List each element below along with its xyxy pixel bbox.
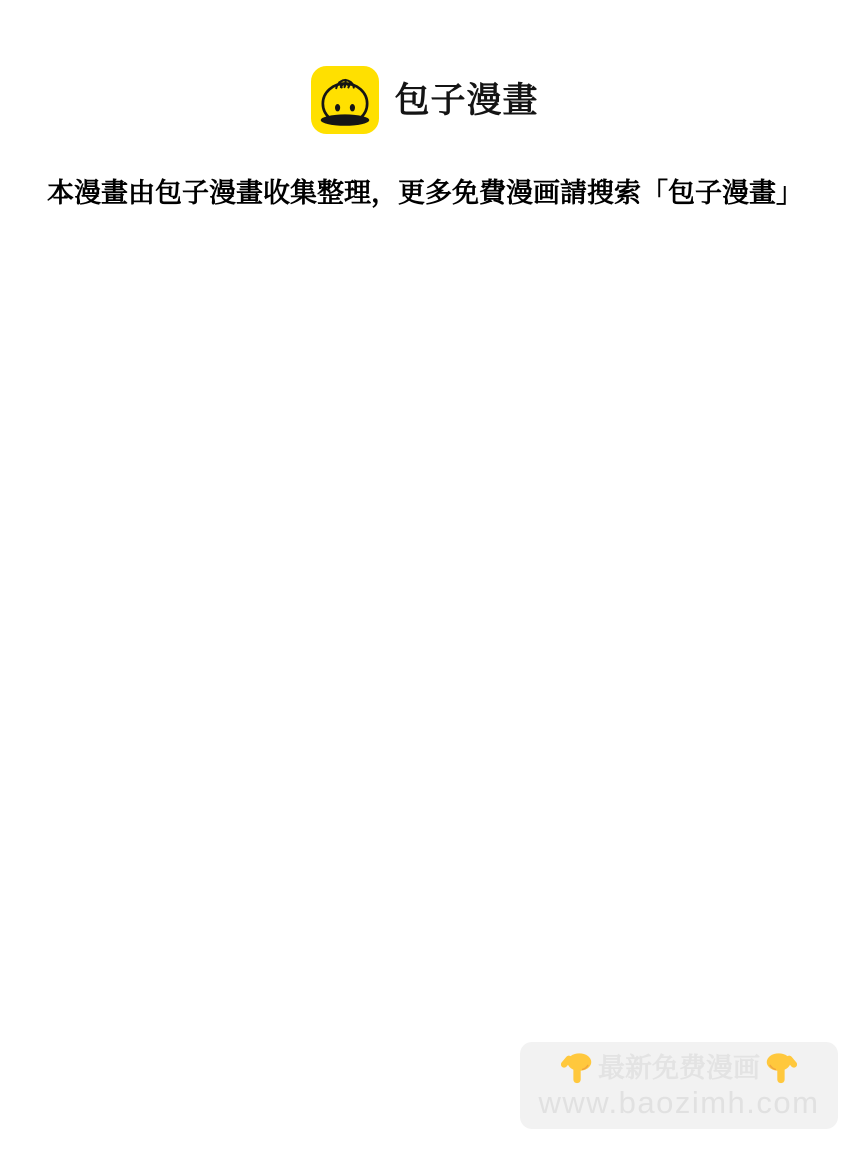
watermark-url: www.baozimh.com [539,1085,820,1120]
baozi-bun-icon [311,66,379,134]
watermark-box: 最新免费漫画 www.baozimh.com [520,1042,838,1129]
brand-name: 包子漫畫 [394,83,538,118]
brand-header: 包子漫畫 [0,66,850,134]
watermark-headline-row: 最新免费漫画 [561,1051,797,1085]
credit-notice: 本漫畫由包子漫畫收集整理，更多免費漫画請搜索「包子漫畫」 [0,176,850,210]
watermark-headline: 最新免费漫画 [598,1051,760,1085]
pointing-down-hand-icon [561,1052,594,1085]
comic-credit-page: 包子漫畫 本漫畫由包子漫畫收集整理，更多免費漫画請搜索「包子漫畫」 最新免费漫画 [0,0,850,1154]
pointing-down-hand-icon [764,1052,797,1085]
